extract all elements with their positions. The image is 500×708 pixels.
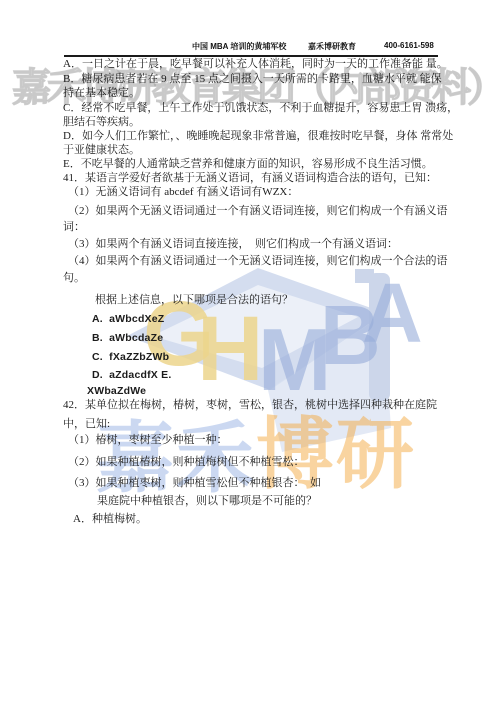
- text-line: XWbaZdWe: [87, 385, 146, 397]
- text-line: A．种植梅树。: [73, 513, 147, 526]
- text-line: 于亚健康状态。: [63, 144, 140, 157]
- text-line: （3）如果两个有涵义语词直接连接， 则它们构成一个有涵义语词：: [68, 238, 398, 251]
- document-page: 嘉禾博研教育集团（内部资料） GHMBA 嘉禾博研 中国 MBA 培训的黄埔军校…: [0, 0, 500, 708]
- text-line: （4）如果两个有涵义语词通过一个无涵义语词连接，则它们构成一个合法的语: [68, 255, 448, 268]
- text-line: D. aZdacdfX E.: [92, 369, 171, 381]
- text-line: （3）如果种植枣树，则种植雪松但不种植银杏： 如: [68, 477, 321, 490]
- header-brand-name: 嘉禾博研教育: [308, 41, 356, 52]
- header-rule: [64, 55, 438, 57]
- text-line: C．经常不吃早餐，上午工作处于饥饿状态，不利于血糖提升，容易患上胃 溃疡，: [63, 102, 458, 115]
- text-line: （1）椿树，枣树至少种植一种：: [68, 434, 228, 447]
- text-line: E．不吃早餐的人通常缺乏营养和健康方面的知识，容易形成不良生活习惯。: [63, 158, 433, 171]
- text-line: 果庭院中种植银杏，则以下哪项是不可能的？: [97, 495, 317, 508]
- text-line: 41．某语言学爱好者欲基于无涵义语词，有涵义语词构造合法的语句，已知：: [63, 172, 437, 185]
- text-line: 词：: [63, 221, 85, 234]
- text-line: 句。: [63, 272, 85, 285]
- text-line: 胆结石等疾病。: [63, 116, 140, 129]
- text-line: 持在基本稳定。: [63, 87, 140, 100]
- text-line: 中，已知:: [63, 418, 110, 431]
- text-line: B. aWbcdaZe: [92, 332, 163, 344]
- text-line: B．糖尿病患者若在 9 点至 15 点之间摄入一天所需的卡路里，血糖水平就 能保: [63, 73, 442, 86]
- text-line: （1）无涵义语词有 abcdef 有涵义语词有WZX：: [68, 186, 298, 199]
- text-line: 42．某单位拟在梅树，椿树，枣树，雪松，银杏，桃树中选择四种栽种在庭院: [63, 399, 437, 412]
- text-line: （2）如果种植椿树，则种植梅树但不种植雪松：: [68, 456, 305, 469]
- header-school-name: 中国 MBA 培训的黄埔军校: [192, 41, 286, 52]
- text-line: C. fXaZZbZWb: [92, 351, 169, 363]
- text-line: （2）如果两个无涵义语词通过一个有涵义语词连接，则它们构成一个有涵义语: [68, 205, 448, 218]
- text-line: A. aWbcdXeZ: [92, 313, 164, 325]
- content-layer: 中国 MBA 培训的黄埔军校 嘉禾博研教育 400-6161-598 A．一日之…: [0, 0, 500, 708]
- header-phone-number: 400-6161-598: [384, 41, 434, 50]
- text-line: D．如今人们工作繁忙，、晚睡晚起现象非常普遍，很难按时吃早餐，身体 常常处: [63, 130, 453, 143]
- text-line: 根据上述信息，以下哪项是合法的语句？: [95, 294, 293, 307]
- text-line: A．一日之计在于晨，吃早餐可以补充人体消耗，同时为一天的工作准备能 量。: [63, 58, 448, 71]
